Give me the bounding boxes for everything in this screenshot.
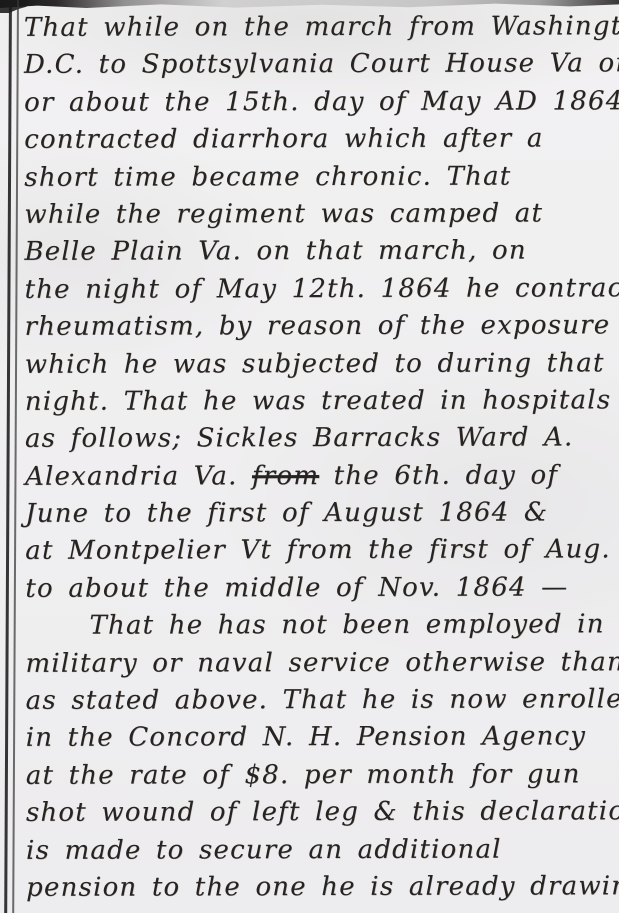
handwritten-text: as stated above. That he is now enrolled [26,684,619,716]
handwritten-line: Alexandria Va. from the 6th. day of [25,457,619,496]
handwritten-text: That he has not been employed in the [89,609,619,641]
handwritten-text: military or naval service otherwise than [25,647,619,679]
handwritten-text: which he was subjected to during that [25,348,605,380]
handwritten-line: in the Concord N. H. Pension Agency [26,719,619,758]
handwritten-line: pension to the one he is already drawing [26,868,619,907]
handwritten-text: pension to the one he is already drawing [26,871,619,903]
handwritten-text: in the Concord N. H. Pension Agency [26,722,586,753]
handwritten-line: rheumatism, by reason of the exposure [25,307,619,346]
document-page: That while on the march from WashingtonD… [0,0,619,913]
handwritten-line: at the rate of $8. per month for gun [26,756,619,795]
handwritten-text: to about the middle of Nov. 1864 — [25,572,568,603]
handwriting-block: That while on the march from WashingtonD… [24,8,619,907]
handwritten-text: June to the first of August 1864 & [25,498,548,529]
handwritten-line: Belle Plain Va. on that march, on [24,233,619,272]
handwritten-line: at Montpelier Vt from the first of Aug. [25,532,619,571]
handwritten-text: as follows; Sickles Barracks Ward A. [25,423,574,454]
handwritten-line: shot wound of left leg & this declaratio… [26,793,619,832]
handwritten-text: night. That he was treated in hospitals [25,385,612,417]
handwritten-line: June to the first of August 1864 & [25,494,619,533]
handwritten-line: That while on the march from Washington [24,8,619,47]
handwritten-line: military or naval service otherwise than [25,644,619,683]
handwritten-line: while the regiment was camped at [24,195,619,234]
handwritten-line: which he was subjected to during that [25,345,619,384]
strikethrough-text: from [252,461,319,491]
handwritten-text: Alexandria Va. [25,461,252,492]
handwritten-line: short time became chronic. That [24,158,619,197]
handwritten-line: or about the 15th. day of May AD 1864 [24,83,619,122]
handwritten-text: or about the 15th. day of May AD 1864 [24,86,619,118]
handwritten-text: the night of May 12th. 1864 he contracte… [25,273,619,305]
handwritten-text: That while on the march from Washington [24,11,619,43]
handwritten-line: That he has not been employed in the [25,606,619,645]
handwritten-line: as follows; Sickles Barracks Ward A. [25,419,619,458]
handwritten-text: Belle Plain Va. on that march, on [24,236,526,267]
handwritten-line: the night of May 12th. 1864 he contracte… [25,270,619,309]
handwritten-text: short time became chronic. That [24,161,511,192]
handwritten-text: is made to secure an additional [26,834,502,865]
handwritten-text: at Montpelier Vt from the first of Aug. [25,535,611,567]
handwritten-line: D.C. to Spottsylvania Court House Va on [24,46,619,85]
margin-rule-line [4,0,19,913]
handwritten-text: rheumatism, by reason of the exposure [25,310,611,342]
handwritten-text: the 6th. day of [319,460,558,491]
handwritten-text: shot wound of left leg & this declaratio… [26,796,619,828]
handwritten-text: while the regiment was camped at [24,198,543,229]
handwritten-line: as stated above. That he is now enrolled [26,681,619,720]
handwritten-line: to about the middle of Nov. 1864 — [25,569,619,608]
handwritten-line: is made to secure an additional [26,831,619,870]
handwritten-line: night. That he was treated in hospitals [25,382,619,421]
handwritten-text: contracted diarrhora which after a [24,124,543,155]
scan-top-edge-artifact [0,0,619,8]
handwritten-line: contracted diarrhora which after a [24,120,619,159]
handwritten-text: at the rate of $8. per month for gun [26,759,581,790]
handwritten-text: D.C. to Spottsylvania Court House Va on [24,49,619,81]
